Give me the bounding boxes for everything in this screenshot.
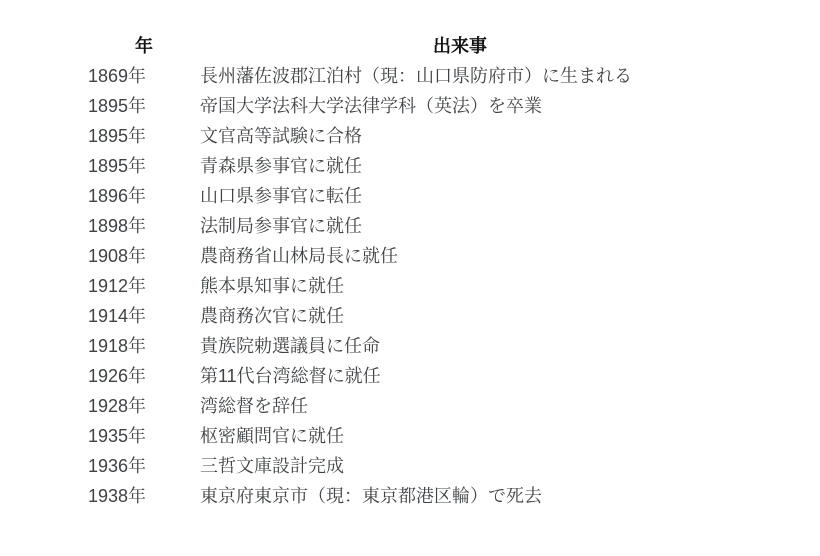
table-row: 1912年 熊本県知事に就任 [88,271,720,301]
event-cell: 熊本県知事に就任 [200,271,720,301]
event-cell: 長州藩佐波郡江泊村（現：山口県防府市）に生まれる [200,61,720,91]
event-cell: 湾総督を辞任 [200,391,720,421]
table-row: 1914年 農商務次官に就任 [88,301,720,331]
year-cell: 1898年 [88,211,200,241]
table-row: 1895年 文官高等試験に合格 [88,121,720,151]
event-cell: 東京府東京市（現：東京都港区輪）で死去 [200,481,720,511]
event-cell: 農商務省山林局長に就任 [200,241,720,271]
year-cell: 1928年 [88,391,200,421]
year-cell: 1926年 [88,361,200,391]
year-cell: 1936年 [88,451,200,481]
table-row: 1918年 貴族院勅選議員に任命 [88,331,720,361]
year-cell: 1938年 [88,481,200,511]
year-cell: 1895年 [88,91,200,121]
year-cell: 1869年 [88,61,200,91]
table-row: 1895年 青森県参事官に就任 [88,151,720,181]
table-row: 1928年 湾総督を辞任 [88,391,720,421]
table-row: 1896年 山口県参事官に転任 [88,181,720,211]
table-row: 1935年 枢密顧問官に就任 [88,421,720,451]
year-cell: 1896年 [88,181,200,211]
event-column-header: 出来事 [200,31,720,61]
table-row: 1926年 第11代台湾総督に就任 [88,361,720,391]
table-row: 1898年 法制局参事官に就任 [88,211,720,241]
event-cell: 貴族院勅選議員に任命 [200,331,720,361]
event-cell: 青森県参事官に就任 [200,151,720,181]
year-cell: 1935年 [88,421,200,451]
table-row: 1908年 農商務省山林局長に就任 [88,241,720,271]
event-cell: 帝国大学法科大学法律学科（英法）を卒業 [200,91,720,121]
year-cell: 1895年 [88,151,200,181]
table-body: 1869年 長州藩佐波郡江泊村（現：山口県防府市）に生まれる 1895年 帝国大… [88,61,720,511]
year-cell: 1918年 [88,331,200,361]
event-cell: 第11代台湾総督に就任 [200,361,720,391]
event-cell: 枢密顧問官に就任 [200,421,720,451]
year-cell: 1914年 [88,301,200,331]
event-cell: 文官高等試験に合格 [200,121,720,151]
year-cell: 1895年 [88,121,200,151]
timeline-table: 年 出来事 1869年 長州藩佐波郡江泊村（現：山口県防府市）に生まれる 189… [88,31,720,511]
table-row: 1938年 東京府東京市（現：東京都港区輪）で死去 [88,481,720,511]
year-cell: 1908年 [88,241,200,271]
event-cell: 三哲文庫設計完成 [200,451,720,481]
event-cell: 農商務次官に就任 [200,301,720,331]
table-row: 1936年 三哲文庫設計完成 [88,451,720,481]
event-cell: 法制局参事官に就任 [200,211,720,241]
table-header: 年 出来事 [88,31,720,61]
year-column-header: 年 [88,31,200,61]
header-row: 年 出来事 [88,31,720,61]
table-row: 1869年 長州藩佐波郡江泊村（現：山口県防府市）に生まれる [88,61,720,91]
year-cell: 1912年 [88,271,200,301]
event-cell: 山口県参事官に転任 [200,181,720,211]
table-row: 1895年 帝国大学法科大学法律学科（英法）を卒業 [88,91,720,121]
